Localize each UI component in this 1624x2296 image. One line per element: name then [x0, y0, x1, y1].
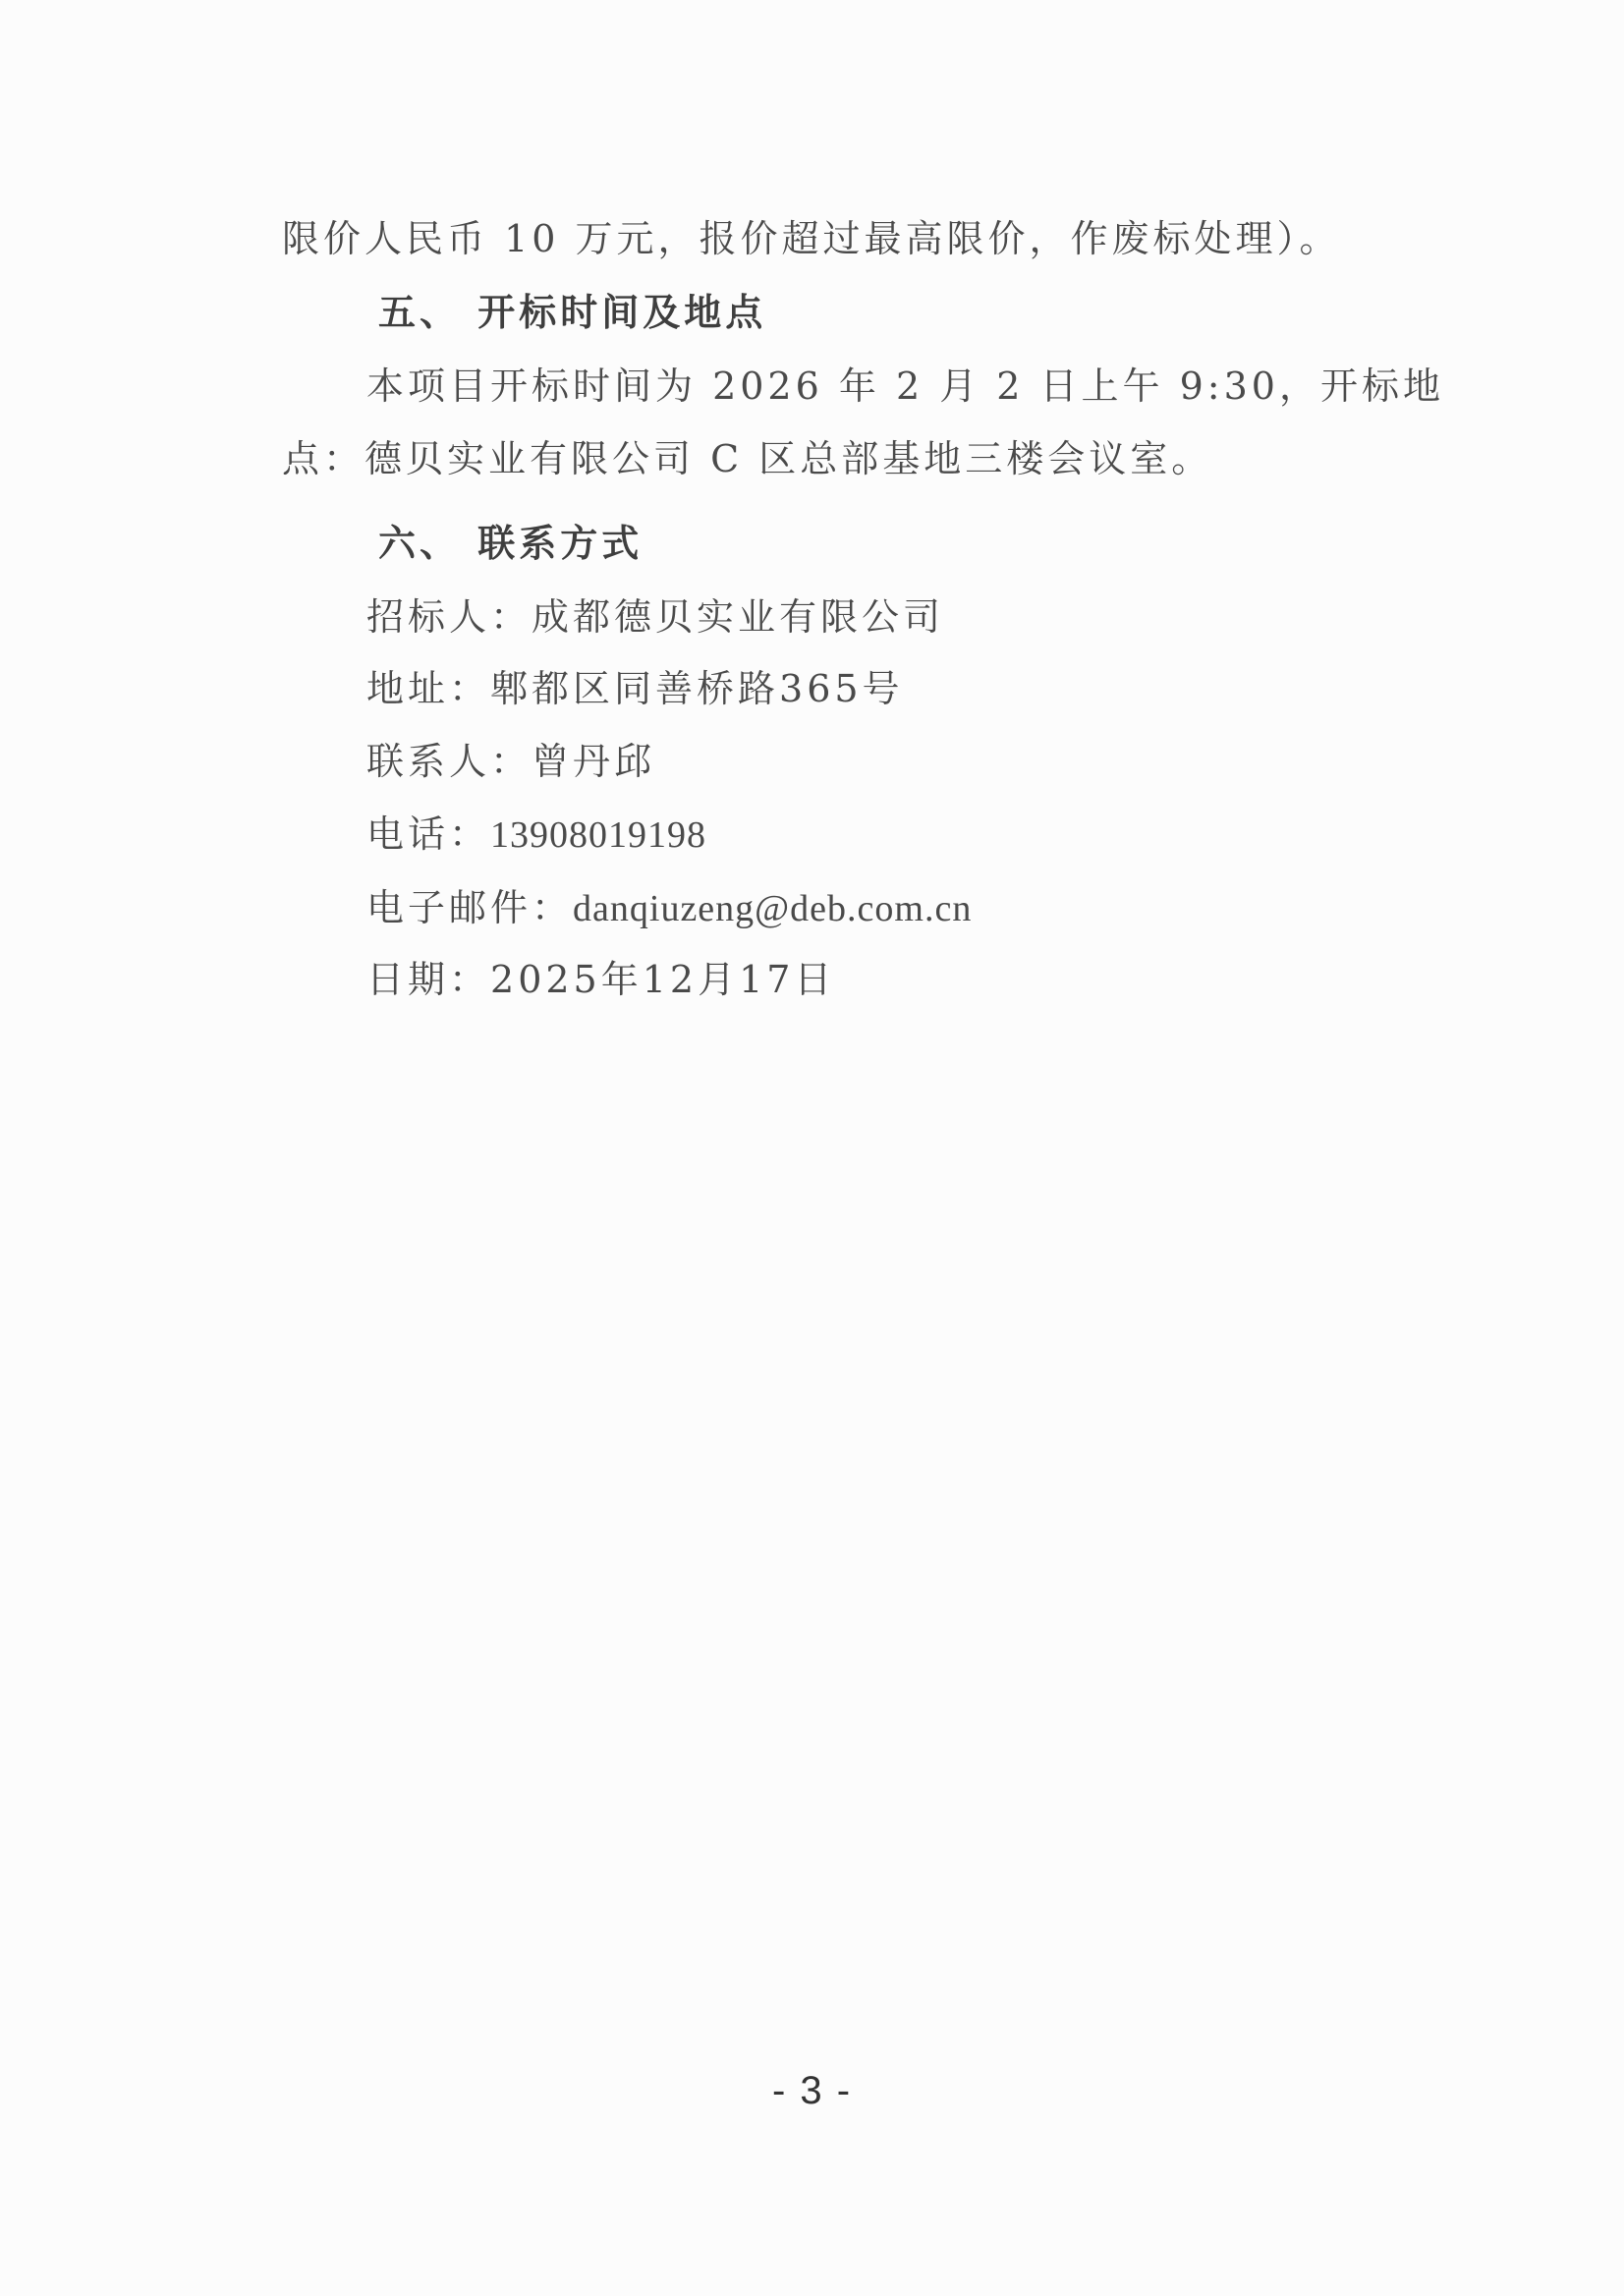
bid-opening-line-2: 点：德贝实业有限公司 C 区总部基地三楼会议室。	[282, 437, 1212, 480]
date-label: 日期：	[366, 958, 490, 1001]
email-label: 电子邮件：	[366, 886, 573, 929]
document-page: 限价人民币 10 万元，报价超过最高限价，作废标处理）。 五、 开标时间及地点 …	[0, 0, 1624, 2296]
contact-person-value: 曾丹邱	[532, 740, 655, 783]
email-line: 电子邮件：danqiuzeng@deb.com.cn	[366, 886, 972, 930]
date-line: 日期：2025年12月17日	[366, 958, 835, 1001]
tenderer-line: 招标人：成都德贝实业有限公司	[366, 595, 944, 639]
contact-person-label: 联系人：	[366, 740, 532, 783]
bid-opening-line-1: 本项目开标时间为 2026 年 2 月 2 日上午 9:30，开标地	[366, 364, 1444, 408]
price-limit-continuation: 限价人民币 10 万元，报价超过最高限价，作废标处理）。	[282, 217, 1341, 260]
address-line: 地址：郫都区同善桥路365号	[366, 667, 904, 710]
tenderer-label: 招标人：	[366, 595, 532, 639]
section-6-heading: 六、 联系方式	[378, 522, 643, 565]
address-label: 地址：	[366, 667, 490, 710]
date-value: 2025年12月17日	[490, 958, 835, 1001]
phone-line: 电话：13908019198	[366, 812, 706, 857]
contact-person-line: 联系人：曾丹邱	[366, 740, 655, 783]
phone-label: 电话：	[366, 812, 490, 856]
phone-value: 13908019198	[490, 814, 706, 856]
tenderer-value: 成都德贝实业有限公司	[532, 595, 944, 639]
address-value: 郫都区同善桥路365号	[490, 667, 904, 710]
page-number: - 3 -	[0, 2069, 1624, 2112]
email-value: danqiuzeng@deb.com.cn	[573, 888, 972, 929]
section-5-heading: 五、 开标时间及地点	[378, 291, 766, 334]
